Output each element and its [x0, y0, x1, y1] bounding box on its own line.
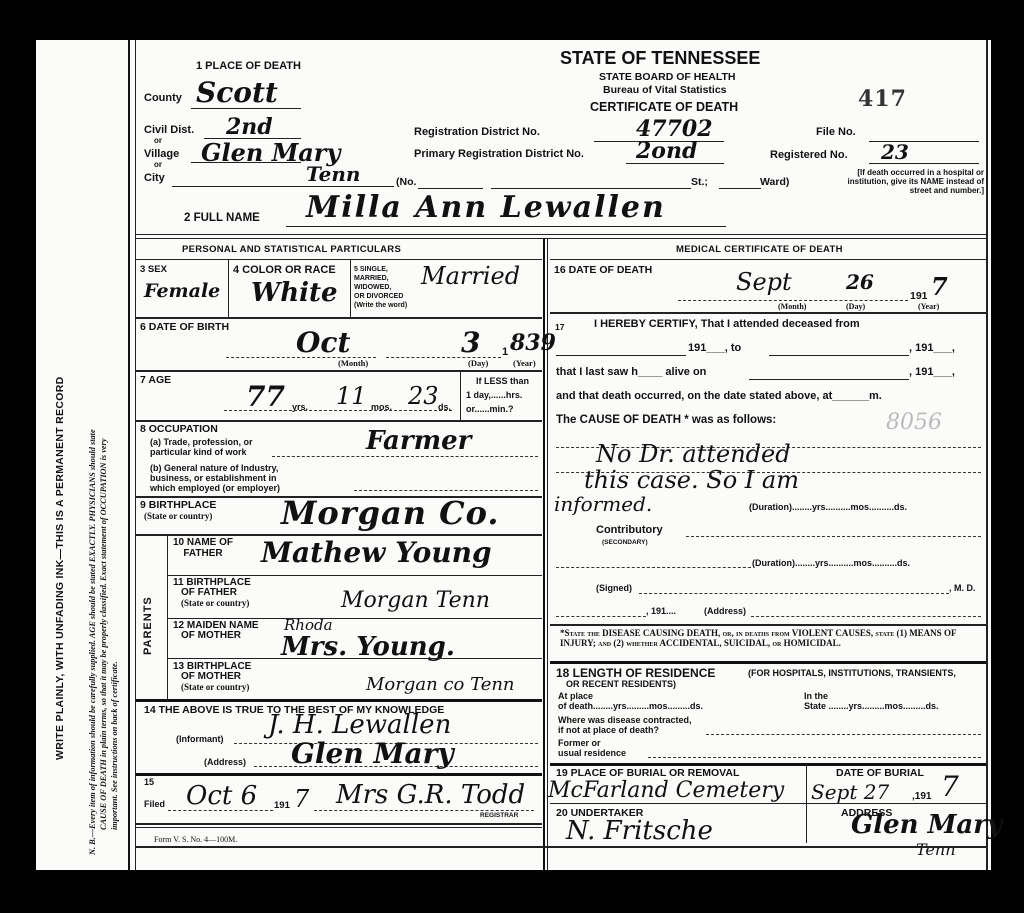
- dod-day-caption: (Day): [846, 302, 865, 311]
- dod-month-caption: (Month): [778, 302, 806, 311]
- civil-dist-label: Civil Dist.: [144, 124, 194, 136]
- dod-label: 16 DATE OF DEATH: [554, 264, 652, 276]
- cause-duration: (Duration)........yrs..........mos......…: [749, 502, 907, 512]
- or-text: or: [154, 160, 162, 169]
- physician-address-label: (Address): [704, 606, 746, 616]
- contributory-duration: (Duration)........yrs..........mos......…: [752, 558, 910, 568]
- sex-label: 3 SEX: [140, 264, 167, 275]
- filed-number: 15: [144, 777, 154, 787]
- birthplace-sub: (State or country): [144, 511, 212, 521]
- inner-frame-right: [986, 40, 988, 870]
- dob-year: 839: [510, 330, 556, 356]
- year-caption: (Year): [513, 358, 536, 368]
- dod-year-caption: (Year): [918, 302, 939, 311]
- md-label: , M. D.: [949, 583, 976, 593]
- pencil-annotation: 8056: [886, 410, 942, 435]
- dod-year: 7: [931, 272, 948, 301]
- birthplace-value: Morgan Co.: [281, 494, 500, 532]
- death-occurred-time: and that death occurred, on the date sta…: [556, 390, 882, 402]
- burial-date-label: DATE OF BURIAL: [836, 767, 924, 779]
- father-birthplace-label: 11 BIRTHPLACE OF FATHER (State or countr…: [173, 578, 251, 608]
- age-months: 11: [336, 382, 367, 410]
- mother-birthplace-value: Morgan co Tenn: [366, 674, 515, 695]
- ward-label: Ward): [760, 176, 789, 188]
- primary-reg-value: 2ond: [636, 138, 697, 164]
- note-line-3: important. See instructions on back of c…: [110, 661, 119, 830]
- street-no-label: (No.: [396, 176, 416, 188]
- county-value: Scott: [196, 76, 278, 109]
- dod-day: 26: [846, 270, 874, 294]
- hospital-note: [If death occurred in a hospital or inst…: [826, 168, 984, 195]
- filed-date: Oct 6: [186, 781, 257, 811]
- burial-date-value: Sept 27: [811, 780, 889, 804]
- race-label: 4 COLOR OR RACE: [233, 264, 336, 276]
- age-days: 23: [408, 382, 439, 410]
- stamp-number: 417: [858, 86, 907, 112]
- cause-line-1: No Dr. attended: [596, 440, 791, 468]
- day-caption: (Day): [468, 358, 488, 368]
- dod-year-prefix: 191: [910, 290, 928, 302]
- last-saw-date: , 191___,: [909, 366, 955, 378]
- cause-footnote: *State the DISEASE CAUSING DEATH, or, in…: [560, 628, 980, 648]
- occupation-label: 8 OCCUPATION: [140, 423, 218, 435]
- note-line-1: N. B.—Every item of information should b…: [88, 429, 97, 855]
- full-name-value: Milla Ann Lewallen: [306, 190, 666, 225]
- dob-label: 6 DATE OF BIRTH: [140, 321, 229, 333]
- last-saw-alive: that I last saw h____ alive on: [556, 366, 706, 378]
- cause-label: The CAUSE OF DEATH * was as follows:: [556, 414, 776, 426]
- informant-value: J. H. Lewallen: [268, 710, 451, 740]
- burial-year: 7: [941, 770, 959, 803]
- attended-to-date: , 191___,: [909, 342, 955, 354]
- personal-section-title: PERSONAL AND STATISTICAL PARTICULARS: [182, 244, 401, 255]
- primary-reg-label: Primary Registration District No.: [414, 148, 584, 160]
- secondary-label: (SECONDARY): [602, 539, 648, 546]
- in-the-state: In the State ........yrs.........mos....…: [804, 691, 939, 711]
- occupation-a-label: (a) Trade, profession, or particular kin…: [150, 437, 253, 457]
- signed-date: , 191....: [646, 606, 676, 616]
- burial-year-prefix: ,191: [912, 791, 931, 802]
- certify-number: 17: [555, 322, 564, 332]
- contributory-label: Contributory: [596, 524, 663, 536]
- dod-month: Sept: [736, 268, 792, 296]
- cause-line-3: informed.: [554, 492, 652, 516]
- birthplace-label: 9 BIRTHPLACE: [140, 499, 216, 511]
- street-label: St.;: [691, 176, 708, 188]
- dob-year-prefix: 1: [502, 346, 508, 358]
- bureau-title: Bureau of Vital Statistics: [603, 84, 727, 96]
- race-value: White: [251, 278, 338, 308]
- burial-place-value: McFarland Cemetery: [548, 778, 784, 803]
- mother-birthplace-label: 13 BIRTHPLACE OF MOTHER (State or countr…: [173, 662, 251, 692]
- board-title: STATE BOARD OF HEALTH: [599, 71, 736, 83]
- registrar-signature: Mrs G.R. Todd: [336, 780, 525, 810]
- dob-day: 3: [461, 326, 480, 359]
- file-no-label: File No.: [816, 126, 856, 138]
- cause-line-2: this case. So I am: [584, 466, 799, 494]
- father-name-label: 10 NAME OF FATHER: [173, 537, 233, 559]
- city-value: Tenn: [306, 162, 360, 186]
- undertaker-value: N. Fritsche: [566, 816, 713, 846]
- filed-year-prefix: 191: [274, 800, 290, 811]
- ds-label: ds.: [438, 402, 451, 412]
- residence-note: (FOR HOSPITALS, INSTITUTIONS, TRANSIENTS…: [748, 668, 956, 678]
- permanent-record-notice: WRITE PLAINLY, WITH UNFADING INK—THIS IS…: [54, 377, 66, 760]
- inner-frame-left: [135, 40, 136, 870]
- informant-address-label: (Address): [204, 757, 246, 767]
- certify-text: I HEREBY CERTIFY, That I attended deceas…: [594, 318, 860, 330]
- father-name-value: Mathew Young: [261, 536, 492, 569]
- filed-label: Filed: [144, 799, 165, 809]
- or-text: or: [154, 136, 162, 145]
- residence-note-2: OR RECENT RESIDENTS): [566, 679, 676, 689]
- residence-label: 18 LENGTH OF RESIDENCE: [556, 666, 715, 680]
- at-place-of-death: At place of death........yrs.........mos…: [558, 691, 703, 711]
- disease-contracted: Where was disease contracted, if not at …: [558, 715, 692, 735]
- marital-value: Married: [421, 262, 520, 290]
- certificate-title: CERTIFICATE OF DEATH: [590, 100, 738, 114]
- city-label: City: [144, 172, 165, 184]
- death-certificate: WRITE PLAINLY, WITH UNFADING INK—THIS IS…: [36, 40, 991, 870]
- filed-year: 7: [294, 785, 309, 813]
- age-label: 7 AGE: [140, 374, 171, 386]
- reg-district-label: Registration District No.: [414, 126, 540, 138]
- dob-month: Oct: [296, 326, 350, 359]
- state-title: STATE OF TENNESSEE: [560, 48, 760, 69]
- father-birthplace-value: Morgan Tenn: [341, 588, 490, 613]
- place-of-death-heading: 1 PLACE OF DEATH: [196, 60, 301, 72]
- full-name-label: 2 FULL NAME: [184, 212, 260, 224]
- mos-label: mos.: [371, 402, 392, 412]
- month-caption: (Month): [338, 358, 368, 368]
- undertaker-address-state: Tenn: [916, 840, 956, 859]
- mother-name-label: 12 MAIDEN NAME OF MOTHER: [173, 621, 259, 641]
- informant-label: (Informant): [176, 734, 224, 744]
- county-label: County: [144, 92, 182, 104]
- form-number: Form V. S. No. 4—100M.: [154, 835, 237, 844]
- note-line-2: CAUSE OF DEATH in plain terms, so that i…: [99, 438, 108, 830]
- sex-value: Female: [144, 280, 220, 302]
- undertaker-address-value: Glen Mary: [851, 810, 1002, 840]
- marital-label: 5 SINGLE, MARRIED, WIDOWED, OR DIVORCED …: [354, 265, 407, 310]
- registrar-label: REGISTRAR: [480, 812, 518, 819]
- medical-section-title: MEDICAL CERTIFICATE OF DEATH: [676, 244, 843, 255]
- village-label: Village: [144, 148, 179, 160]
- age-years: 77: [246, 380, 285, 413]
- signed-label: (Signed): [596, 583, 632, 593]
- instructions-margin: WRITE PLAINLY, WITH UNFADING INK—THIS IS…: [36, 40, 130, 870]
- registered-no-label: Registered No.: [770, 149, 848, 161]
- former-residence: Former or usual residence: [558, 738, 626, 758]
- yrs-label: yrs.: [292, 402, 308, 412]
- occupation-a-value: Farmer: [366, 426, 471, 456]
- civil-dist-value: 2nd: [226, 114, 273, 140]
- registered-no-value: 23: [881, 140, 909, 164]
- parents-label: PARENTS: [142, 596, 154, 655]
- attended-from-date: 191___, to: [688, 342, 741, 354]
- less-than-day: If LESS than 1 day,......hrs. or......mi…: [466, 374, 529, 416]
- informant-address-value: Glen Mary: [291, 737, 454, 770]
- occupation-b-label: (b) General nature of Industry, business…: [150, 463, 280, 493]
